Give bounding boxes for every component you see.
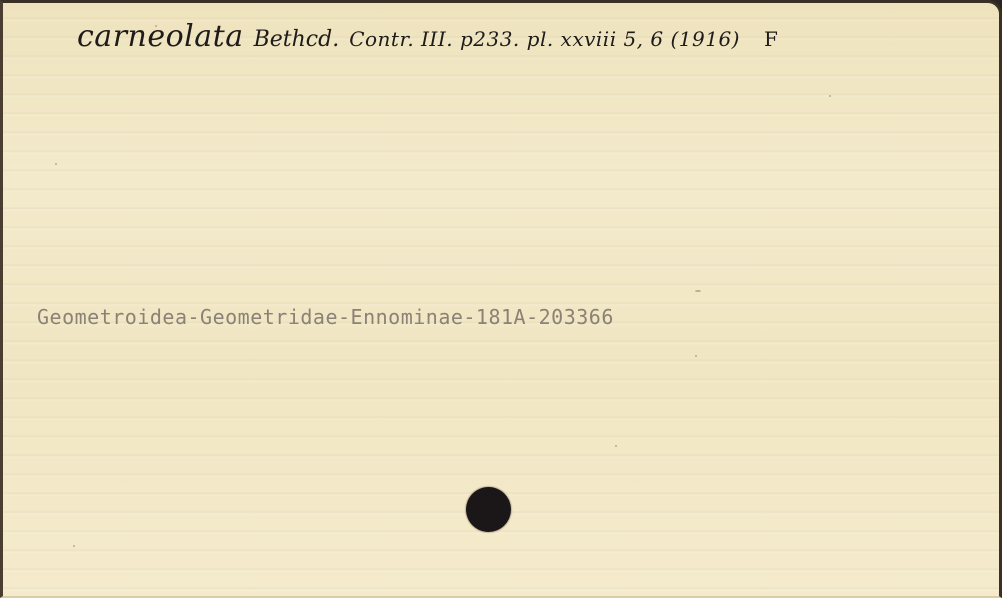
handwritten-header: carneolata Bethcd. Contr. III. p233. pl.… <box>77 19 778 54</box>
paper-speck <box>695 290 701 292</box>
paper-speck <box>155 25 157 27</box>
paper-speck <box>829 95 831 97</box>
paper-speck <box>615 445 617 447</box>
species-name: carneolata <box>77 19 244 54</box>
paper-speck <box>73 545 75 547</box>
index-card: carneolata Bethcd. Contr. III. p233. pl.… <box>0 0 1002 598</box>
flag-letter: F <box>764 27 778 51</box>
paper-speck <box>695 355 697 357</box>
punch-hole <box>466 487 511 532</box>
classification-line: Geometroidea-Geometridae-Ennominae-181A-… <box>37 305 614 329</box>
paper-speck <box>55 163 57 165</box>
publication-reference: Contr. III. p233. pl. xxviii 5, 6 (1916) <box>349 27 740 51</box>
author-name: Bethcd. <box>254 27 340 52</box>
